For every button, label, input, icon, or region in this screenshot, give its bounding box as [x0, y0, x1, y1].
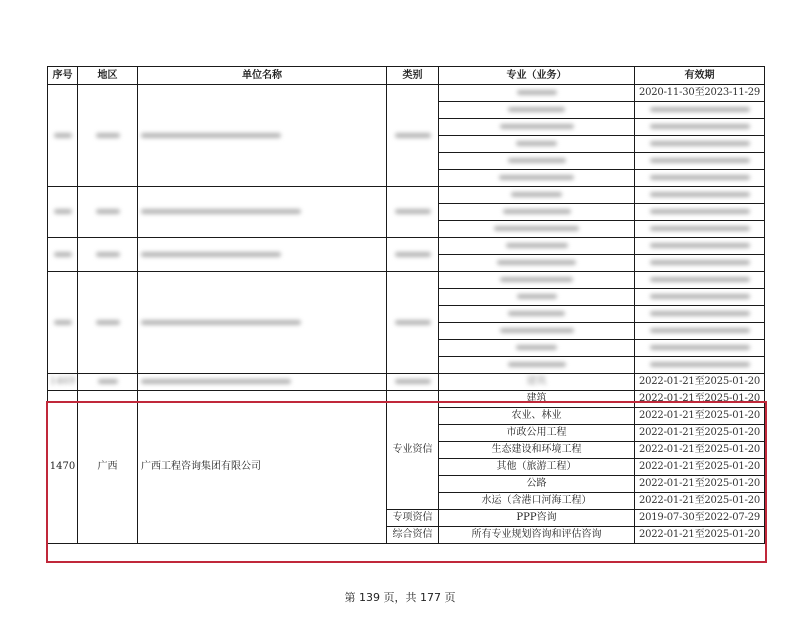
specialty-cell [439, 289, 635, 306]
table-row: 1470广西广西工程咨询集团有限公司专业资信建筑2022-01-21至2025-… [48, 391, 765, 408]
redacted-text [395, 252, 431, 257]
specialty-cell [439, 306, 635, 323]
validity-cell: 2019-07-30至2022-07-29 [635, 510, 765, 527]
table-row: 2020-11-30至2023-11-29 [48, 85, 765, 102]
redacted-text [494, 226, 579, 231]
table-row [48, 272, 765, 289]
validity-cell [635, 221, 765, 238]
specialty-cell: 所有专业规划咨询和评估咨询 [439, 527, 635, 544]
redacted-text [650, 311, 750, 316]
category-cell [387, 272, 439, 374]
validity-cell [635, 204, 765, 221]
validity-cell [635, 187, 765, 204]
seq-cell: 1469 [48, 374, 78, 391]
redacted-text [650, 362, 750, 367]
validity-cell: 2022-01-21至2025-01-20 [635, 442, 765, 459]
specialty-cell [439, 221, 635, 238]
redacted-text [141, 209, 301, 214]
table-row-prev: 1469建筑2022-01-21至2025-01-20 [48, 374, 765, 391]
header-specialty: 专业（业务） [439, 67, 635, 85]
specialty-cell [439, 323, 635, 340]
redacted-text [650, 192, 750, 197]
company-cell [138, 85, 387, 187]
region-cell: 广西 [78, 391, 138, 544]
redacted-text [508, 107, 565, 112]
header-category: 类别 [387, 67, 439, 85]
region-cell [78, 85, 138, 187]
validity-cell [635, 340, 765, 357]
redacted-text [650, 294, 750, 299]
redacted-text [508, 158, 566, 163]
redacted-text [395, 320, 431, 325]
specialty-cell: PPP咨询 [439, 510, 635, 527]
category-cell: 综合资信 [387, 527, 439, 544]
redacted-text [96, 320, 120, 325]
redacted-text [96, 209, 120, 214]
specialty-cell [439, 255, 635, 272]
redacted-text [500, 277, 573, 282]
table-row [48, 187, 765, 204]
document-page: 序号 地区 单位名称 类别 专业（业务） 有效期 2020-11-30至2023… [0, 0, 800, 618]
redacted-text [506, 243, 568, 248]
seq-cell [48, 85, 78, 187]
specialty-cell [439, 204, 635, 221]
seq-cell [48, 272, 78, 374]
seq-cell: 1470 [48, 391, 78, 544]
redacted-text [517, 90, 557, 95]
redacted-text [650, 260, 750, 265]
category-cell [387, 374, 439, 391]
validity-cell [635, 272, 765, 289]
category-cell [387, 85, 439, 187]
validity-cell: 2022-01-21至2025-01-20 [635, 459, 765, 476]
validity-cell: 2022-01-21至2025-01-20 [635, 527, 765, 544]
validity-cell: 2022-01-21至2025-01-20 [635, 391, 765, 408]
redacted-text [650, 107, 750, 112]
redacted-text [508, 311, 565, 316]
redacted-text [650, 243, 750, 248]
redacted-text [395, 133, 431, 138]
redacted-text [98, 379, 118, 384]
validity-cell: 2022-01-21至2025-01-20 [635, 408, 765, 425]
page-number: 第 139 页，共 177 页 [0, 589, 800, 605]
seq-cell [48, 187, 78, 238]
qualification-table: 序号 地区 单位名称 类别 专业（业务） 有效期 2020-11-30至2023… [47, 66, 765, 544]
redacted-text [503, 209, 571, 214]
blurred-rows: 2020-11-30至2023-11-291469建筑2022-01-21至20… [48, 85, 765, 391]
specialty-cell [439, 85, 635, 102]
redacted-text [650, 124, 750, 129]
redacted-text [517, 294, 557, 299]
specialty-cell: 建筑 [439, 391, 635, 408]
validity-cell: 2022-01-21至2025-01-20 [635, 493, 765, 510]
redacted-text [54, 320, 72, 325]
redacted-text [141, 133, 281, 138]
region-cell [78, 187, 138, 238]
category-cell [387, 187, 439, 238]
company-cell [138, 238, 387, 272]
header-company: 单位名称 [138, 67, 387, 85]
redacted-text [650, 226, 750, 231]
specialty-cell [439, 272, 635, 289]
redacted-text [650, 141, 750, 146]
specialty-cell: 其他（旅游工程） [439, 459, 635, 476]
validity-cell [635, 170, 765, 187]
redacted-text [650, 328, 750, 333]
category-cell: 专项资信 [387, 510, 439, 527]
redacted-text [54, 209, 72, 214]
specialty-cell: 农业、林业 [439, 408, 635, 425]
specialty-cell [439, 238, 635, 255]
specialty-cell [439, 119, 635, 136]
specialty-cell [439, 170, 635, 187]
validity-cell [635, 119, 765, 136]
header-region: 地区 [78, 67, 138, 85]
validity-cell [635, 357, 765, 374]
region-cell [78, 374, 138, 391]
specialty-cell [439, 357, 635, 374]
validity-cell [635, 102, 765, 119]
validity-cell [635, 323, 765, 340]
header-seq: 序号 [48, 67, 78, 85]
validity-cell [635, 153, 765, 170]
region-cell [78, 272, 138, 374]
redacted-text [508, 362, 566, 367]
redacted-text [650, 175, 750, 180]
header-validity: 有效期 [635, 67, 765, 85]
redacted-text [650, 209, 750, 214]
specialty-cell [439, 340, 635, 357]
redacted-text [500, 328, 574, 333]
company-cell [138, 272, 387, 374]
specialty-cell: 建筑 [439, 374, 635, 391]
company-cell [138, 187, 387, 238]
redacted-text [499, 175, 574, 180]
redacted-text [141, 252, 281, 257]
table-row [48, 238, 765, 255]
redacted-text [650, 277, 750, 282]
company-cell: 广西工程咨询集团有限公司 [138, 391, 387, 544]
specialty-cell [439, 102, 635, 119]
validity-cell [635, 238, 765, 255]
redacted-text [54, 133, 72, 138]
specialty-cell: 水运（含港口河海工程） [439, 493, 635, 510]
specialty-cell: 公路 [439, 476, 635, 493]
validity-cell: 2022-01-21至2025-01-20 [635, 374, 765, 391]
specialty-cell [439, 187, 635, 204]
table-header-row: 序号 地区 单位名称 类别 专业（业务） 有效期 [48, 67, 765, 85]
specialty-cell [439, 153, 635, 170]
redacted-text [497, 260, 576, 265]
redacted-text [500, 124, 574, 129]
category-cell: 专业资信 [387, 391, 439, 510]
specialty-cell [439, 136, 635, 153]
validity-cell: 2022-01-21至2025-01-20 [635, 425, 765, 442]
highlighted-entry: 1470广西广西工程咨询集团有限公司专业资信建筑2022-01-21至2025-… [48, 391, 765, 544]
redacted-text [96, 133, 120, 138]
validity-cell [635, 136, 765, 153]
redacted-text [395, 209, 431, 214]
redacted-text [516, 345, 557, 350]
validity-cell [635, 289, 765, 306]
redacted-text [54, 252, 72, 257]
redacted-text [516, 141, 557, 146]
region-cell [78, 238, 138, 272]
redacted-text [141, 379, 291, 384]
specialty-cell: 生态建设和环境工程 [439, 442, 635, 459]
redacted-text [395, 379, 431, 384]
validity-cell: 2020-11-30至2023-11-29 [635, 85, 765, 102]
redacted-text [141, 320, 301, 325]
specialty-cell: 市政公用工程 [439, 425, 635, 442]
redacted-text [511, 192, 562, 197]
validity-cell [635, 306, 765, 323]
validity-cell: 2022-01-21至2025-01-20 [635, 476, 765, 493]
company-cell [138, 374, 387, 391]
redacted-text [650, 158, 750, 163]
redacted-text [96, 252, 120, 257]
validity-cell [635, 255, 765, 272]
redacted-text [650, 345, 750, 350]
category-cell [387, 238, 439, 272]
seq-cell [48, 238, 78, 272]
